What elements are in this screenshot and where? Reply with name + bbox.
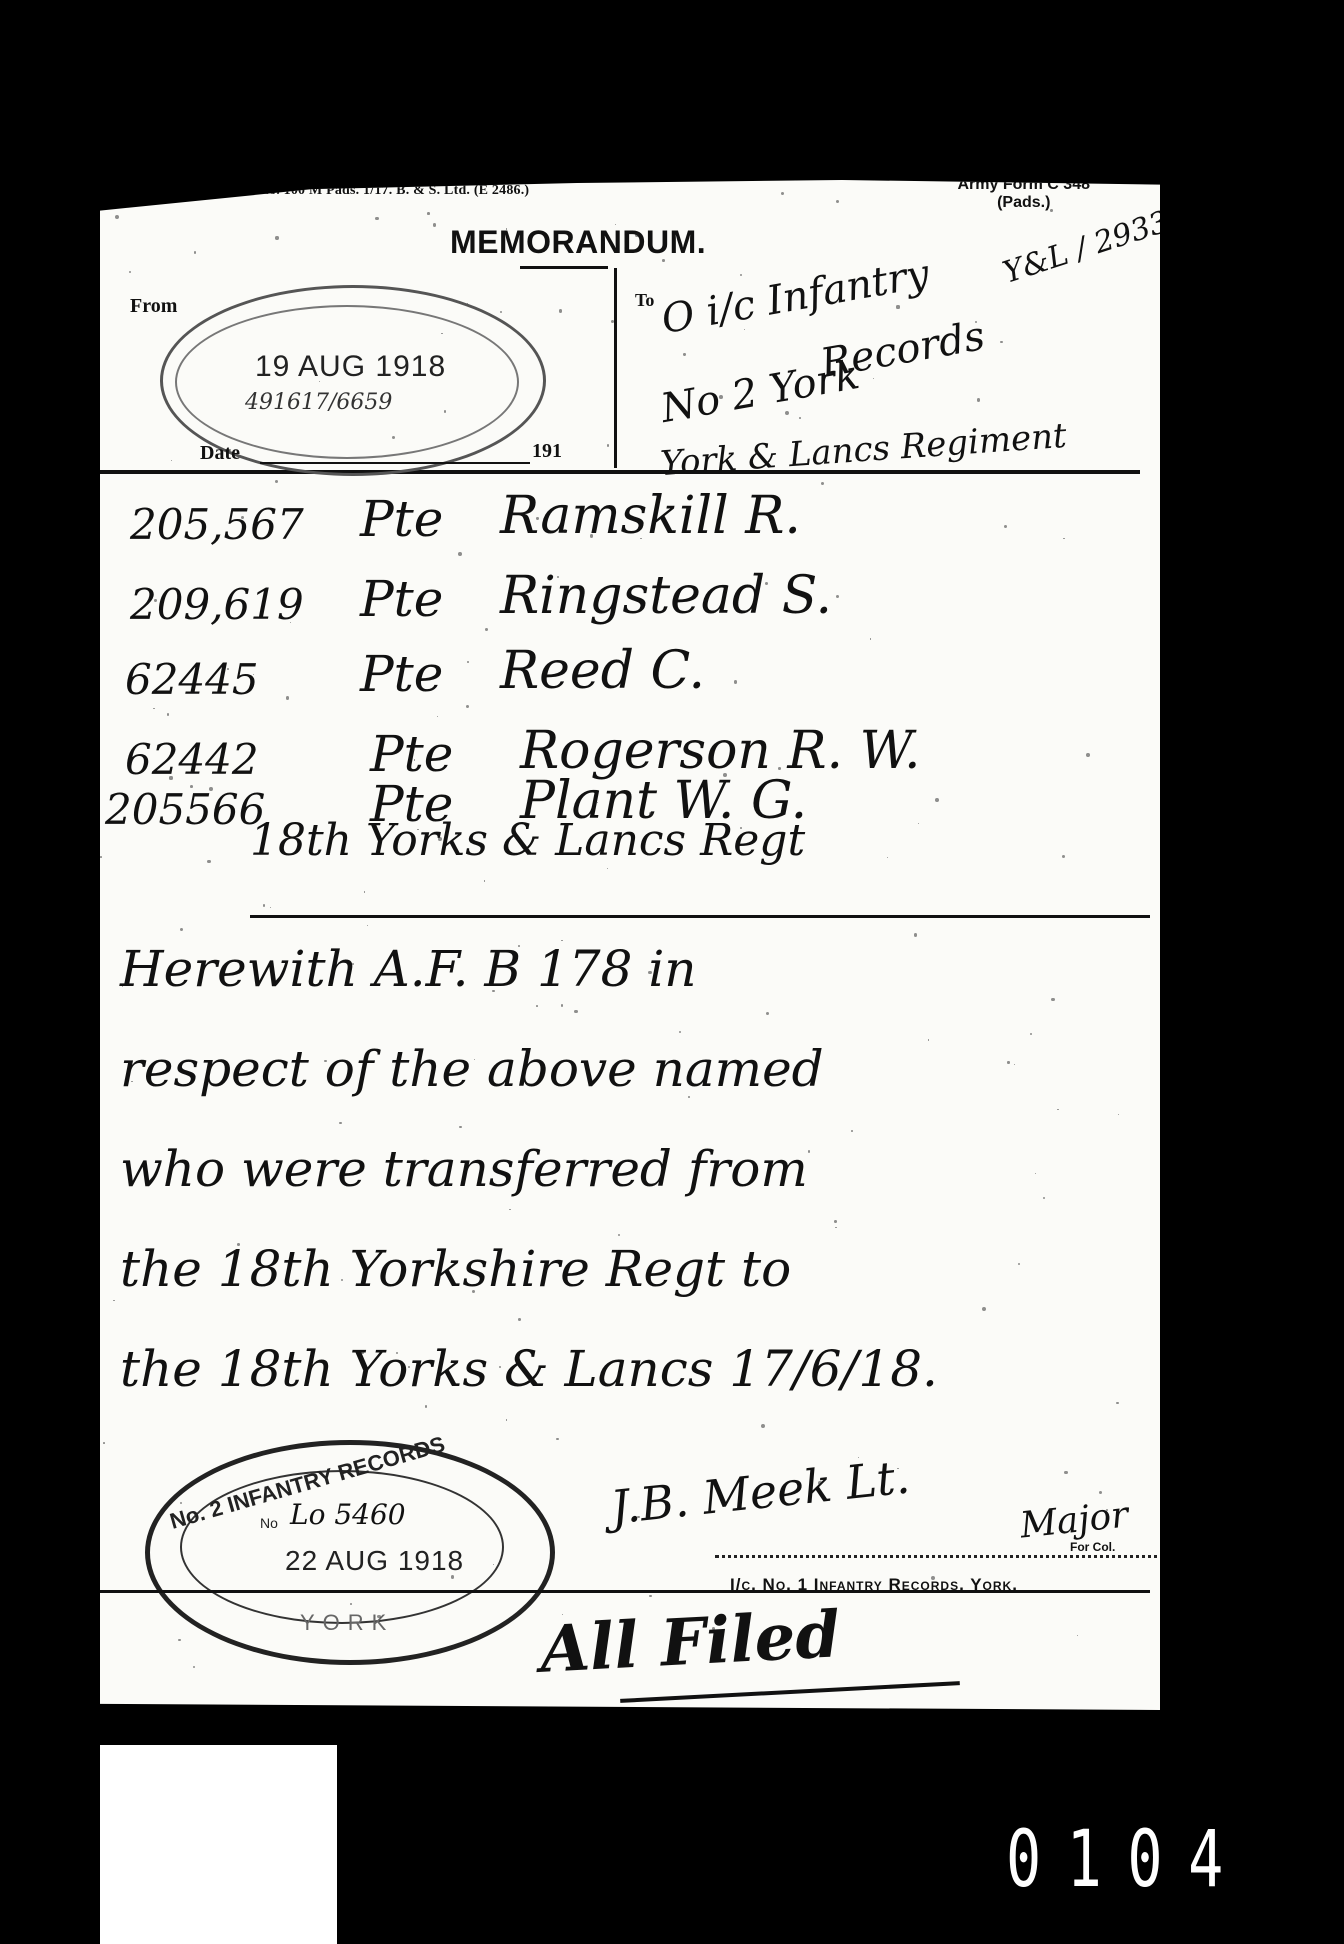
paper-speckle (1063, 538, 1064, 539)
paper-speckle (1057, 1109, 1058, 1110)
soldier-name: Ringstead S. (500, 566, 832, 626)
paper-speckle (766, 1012, 769, 1015)
paper-speckle (122, 986, 123, 987)
paper-speckle (427, 212, 430, 215)
paper-speckle (472, 1290, 475, 1293)
paper-speckle (559, 309, 563, 313)
paper-speckle (761, 1424, 765, 1428)
paper-speckle (611, 320, 614, 323)
paper-speckle (935, 798, 939, 802)
paper-speckle (821, 482, 824, 485)
paper-speckle (1050, 209, 1053, 212)
paper-speckle (339, 1122, 341, 1124)
paper-speckle (1014, 1064, 1015, 1065)
paper-speckle (350, 1603, 352, 1605)
date-label: Date (200, 442, 240, 465)
paper-speckle (433, 223, 436, 226)
paper-speckle (1004, 525, 1007, 528)
paper-speckle (290, 622, 291, 623)
service-number: 205566 (105, 785, 265, 834)
paper-speckle (1030, 1033, 1032, 1035)
paper-speckle (536, 517, 538, 519)
paper-speckle (740, 827, 742, 829)
date-year-prefix: 191 (532, 440, 562, 463)
paper-speckle (931, 1576, 935, 1580)
soldier-name: Ramskill R. (500, 486, 801, 546)
paper-speckle (679, 1031, 681, 1033)
soldier-rank: Pte (360, 645, 443, 703)
paper-speckle (518, 945, 520, 947)
paper-speckle (556, 1438, 558, 1440)
soldier-rank: Pte (360, 490, 443, 548)
filed-note: All Filed (538, 1597, 842, 1688)
paper-speckle (635, 233, 639, 237)
paper-speckle (1099, 1491, 1102, 1494)
paper-speckle (275, 236, 278, 239)
received-stamp-reference: 491617/6659 (245, 390, 392, 415)
outgoing-stamp-number: Lo 5460 (290, 1498, 406, 1531)
paper-speckle (364, 891, 365, 892)
paper-speckle (509, 1209, 511, 1211)
form-number: Army Form C 348 (Pads.) (958, 176, 1091, 212)
blank-card (100, 1745, 337, 1944)
paper-speckle (649, 812, 653, 816)
paper-speckle (275, 480, 278, 483)
footer-rule (100, 1590, 1150, 1593)
form-number-text: Army Form C 348 (958, 176, 1091, 194)
body-line: respect of the above named (120, 1040, 824, 1098)
service-number: 209,619 (130, 580, 304, 629)
outgoing-stamp-no-label: No (260, 1515, 278, 1531)
paper-speckle (485, 628, 488, 631)
paper-speckle (1118, 1114, 1119, 1115)
service-number: 62442 (125, 735, 259, 784)
paper-speckle (484, 880, 485, 881)
paper-speckle (324, 1060, 327, 1063)
paper-speckle (467, 303, 468, 304)
signature-line (715, 1555, 1165, 1558)
paper-speckle (561, 1004, 563, 1006)
paper-speckle (129, 271, 131, 273)
paper-speckle (836, 200, 839, 203)
paper-speckle (607, 868, 608, 869)
signature: J.B. Meek Lt. (608, 1449, 912, 1534)
unit-line: 18th Yorks & Lancs Regt (250, 815, 805, 866)
paper-speckle (977, 398, 980, 401)
outgoing-stamp-date: 22 AUG 1918 (285, 1545, 464, 1577)
paper-speckle (230, 1370, 232, 1372)
paper-speckle (1000, 341, 1002, 343)
paper-speckle (425, 1405, 427, 1407)
paper-speckle (459, 1126, 462, 1129)
paper-speckle (778, 767, 781, 770)
to-address-line-4: York & Lancs Regiment (659, 414, 1068, 486)
paper-speckle (835, 1227, 836, 1228)
to-reference: Y&L / 2933 (999, 204, 1173, 290)
to-address-line-3: No 2 York (658, 353, 863, 431)
paper-speckle (662, 259, 665, 262)
paper-speckle (375, 217, 379, 221)
paper-speckle (1086, 753, 1090, 757)
paper-speckle (896, 305, 899, 308)
paper-speckle (648, 971, 651, 974)
outgoing-stamp-bottom: YORK (300, 1610, 394, 1636)
paper-speckle (178, 1639, 180, 1641)
page-title: MEMORANDUM. (450, 224, 706, 261)
paper-speckle (1051, 998, 1054, 1001)
paper-speckle (437, 716, 438, 717)
for-label: For Col. (1070, 1540, 1115, 1554)
paper-speckle (590, 534, 594, 538)
received-stamp-date: 19 AUG 1918 (255, 350, 446, 384)
paper-speckle (271, 181, 272, 182)
paper-speckle (649, 1595, 652, 1598)
paper-speckle (781, 192, 785, 196)
body-line: Herewith A.F. B 178 in (120, 940, 697, 998)
service-number: 62445 (125, 655, 259, 704)
paper-speckle (928, 1039, 930, 1041)
paper-speckle (1062, 855, 1065, 858)
to-label: To (635, 290, 654, 311)
paper-speckle (851, 1130, 853, 1132)
paper-speckle (975, 321, 977, 323)
paper-speckle (785, 411, 789, 415)
paper-speckle (367, 925, 368, 926)
paper-speckle (740, 274, 742, 276)
body-line: the 18th Yorks & Lancs 17/6/18. (120, 1340, 938, 1398)
paper-speckle (765, 582, 768, 585)
paper-speckle (1064, 1471, 1068, 1475)
paper-speckle (100, 856, 102, 858)
paper-speckle (565, 750, 566, 751)
paper-speckle (467, 661, 469, 663)
paper-speckle (744, 329, 745, 330)
paper-speckle (799, 417, 801, 419)
paper-speckle (982, 1307, 986, 1311)
paper-speckle (171, 460, 172, 461)
paper-speckle (506, 1419, 507, 1420)
paper-speckle (1043, 1197, 1045, 1199)
print-header: 7/1/20. Wt. W 5923—P 618. 100 M Pads. 1/… (112, 183, 529, 199)
paper-speckle (536, 1005, 538, 1007)
paper-speckle (574, 1010, 577, 1013)
paper-speckle (914, 933, 917, 936)
paper-speckle (194, 251, 196, 253)
paper-speckle (834, 1220, 837, 1223)
paper-speckle (458, 552, 462, 556)
frame-counter: 0104 (1006, 1815, 1249, 1905)
from-to-divider (614, 268, 617, 468)
form-sub-text: (Pads.) (958, 194, 1091, 212)
paper-speckle (734, 680, 738, 684)
paper-speckle (115, 215, 119, 219)
date-line (260, 462, 530, 464)
paper-speckle (1035, 1173, 1036, 1174)
paper-speckle (417, 829, 418, 830)
header-rule (100, 470, 1140, 474)
paper-speckle (723, 773, 727, 777)
paper-speckle (207, 860, 210, 863)
paper-speckle (1018, 1263, 1020, 1265)
paper-speckle (858, 1457, 859, 1458)
paper-speckle (153, 708, 155, 710)
paper-speckle (836, 595, 839, 598)
paper-speckle (870, 638, 872, 640)
paper-speckle (618, 1234, 620, 1236)
signature-rank: Major (1018, 1494, 1130, 1546)
paper-speckle (918, 823, 919, 824)
paper-speckle (492, 990, 494, 992)
paper-speckle (518, 1318, 521, 1321)
paper-speckle (392, 436, 395, 439)
soldier-name: Reed C. (500, 641, 705, 701)
memorandum-sheet: 7/1/20. Wt. W 5923—P 618. 100 M Pads. 1/… (100, 180, 1160, 1710)
paper-speckle (607, 444, 610, 447)
paper-speckle (103, 1442, 105, 1444)
paper-speckle (500, 311, 503, 314)
paper-speckle (180, 928, 183, 931)
paper-speckle (190, 785, 193, 788)
service-number: 205,567 (130, 500, 304, 549)
paper-speckle (193, 1666, 195, 1668)
soldier-rank: Pte (360, 570, 443, 628)
paper-speckle (683, 353, 685, 355)
paper-speckle (113, 1300, 114, 1301)
body-line: who were transferred from (120, 1140, 808, 1198)
paper-speckle (1077, 1635, 1078, 1636)
body-line: the 18th Yorkshire Regt to (120, 1240, 791, 1298)
from-label: From (130, 295, 177, 318)
list-rule (250, 915, 1150, 918)
paper-speckle (270, 907, 271, 908)
paper-speckle (167, 713, 169, 715)
paper-speckle (408, 1366, 410, 1368)
paper-speckle (1007, 1061, 1009, 1063)
paper-speckle (466, 705, 469, 708)
paper-speckle (377, 1615, 380, 1618)
paper-speckle (169, 776, 172, 779)
paper-speckle (1116, 1402, 1118, 1404)
paper-speckle (887, 857, 888, 858)
paper-speckle (154, 599, 156, 601)
paper-speckle (209, 787, 213, 791)
title-underline (520, 266, 608, 269)
filed-underline (620, 1681, 960, 1703)
paper-speckle (263, 904, 265, 906)
paper-speckle (808, 1150, 810, 1152)
paper-speckle (286, 696, 289, 699)
paper-speckle (341, 1279, 343, 1281)
